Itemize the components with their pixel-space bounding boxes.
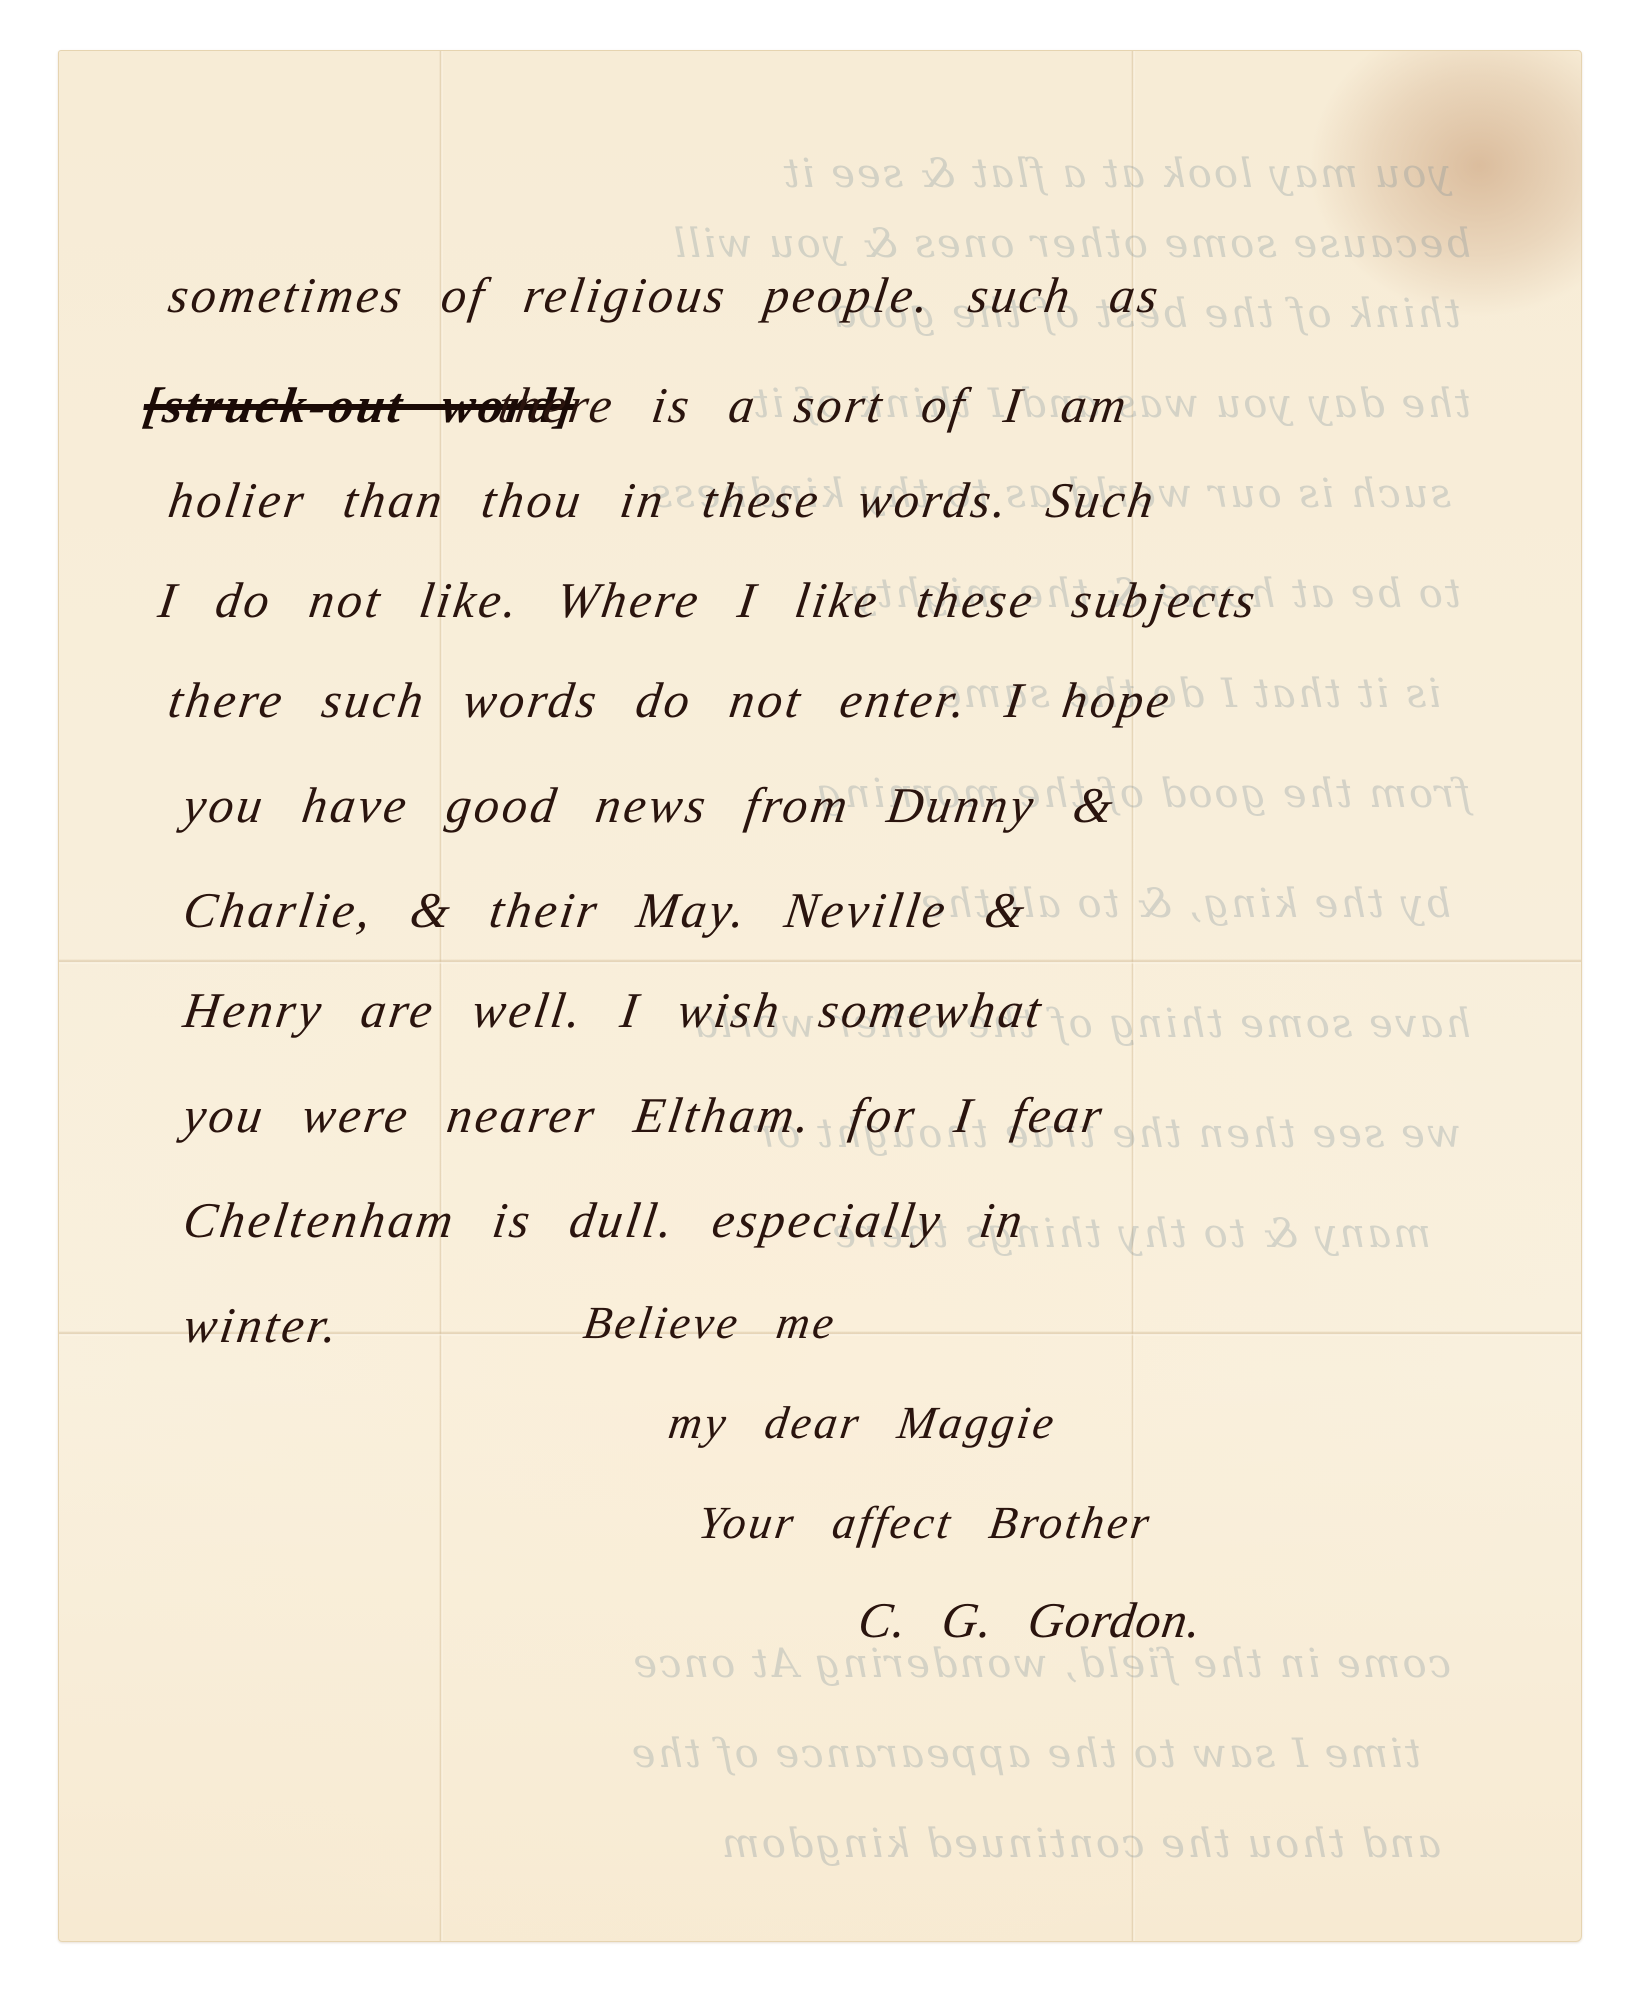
letter-sheet: you may look at a flat & see it because … (58, 50, 1582, 1942)
letter-line-5: there such words do not enter. I hope (165, 671, 1176, 729)
closing-salutation: my dear Maggie (665, 1396, 1060, 1449)
letter-line-3: holier than thou in these words. Such (165, 471, 1160, 529)
bleed-line: because some other ones & you will (672, 221, 1471, 267)
letter-line-4: I do not like. Where I like these subjec… (155, 571, 1262, 629)
letter-line-10: Cheltenham is dull. especially in (180, 1191, 1029, 1249)
letter-line-11: winter. (180, 1296, 344, 1354)
signature: C. G. Gordon. (855, 1591, 1206, 1649)
bleed-line: you may look at a flat & see it (782, 151, 1451, 197)
closing-affection: Your affect Brother (695, 1496, 1155, 1549)
letter-line-2-continued: there is a sort of I am (495, 376, 1133, 434)
letter-line-7: Charlie, & their May. Neville & (180, 881, 1031, 939)
letter-line-9: you were nearer Eltham. for I fear (180, 1086, 1109, 1144)
bleed-line: time I saw to the appearance of the (630, 1731, 1421, 1777)
letter-line-1: sometimes of religious people. such as (165, 266, 1165, 324)
bleed-line: and thou the continued kingdom (720, 1821, 1441, 1867)
letter-line-6: you have good news from Dunny & (180, 776, 1120, 834)
closing-believe-me: Believe me (580, 1296, 840, 1349)
letter-line-8: Henry are well. I wish somewhat (180, 981, 1048, 1039)
